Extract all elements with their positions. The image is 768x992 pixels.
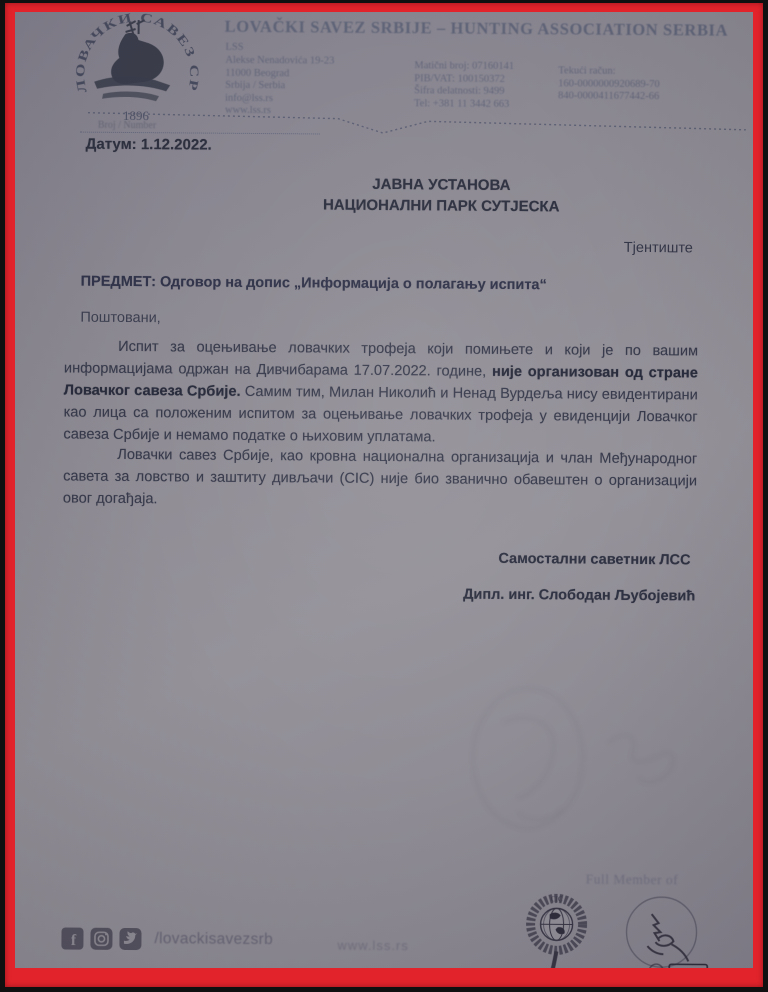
- letter-page: ЛОВАЧКИ САВЕЗ СРБИЈЕ 1896 LOVAČKI SAVEZ …: [15, 12, 753, 968]
- stamp-smudge: [422, 662, 723, 854]
- social-row: f /lovackisavezsrb: [61, 927, 273, 951]
- signature-title: Самостални саветник ЛСС: [444, 550, 744, 568]
- org-abbr: LSS: [225, 42, 243, 55]
- body-paragraph-2: Ловачки савез Србије, као кровна национа…: [63, 443, 697, 514]
- letterhead-account: Tekući račun: 160-0000000920689-70 840-0…: [558, 65, 748, 104]
- signature-name: Дипл. инг. Слободан Љубојевић: [414, 586, 744, 605]
- date-line: Датум: 1.12.2022.: [86, 136, 212, 154]
- svg-text:f: f: [71, 932, 77, 949]
- body-paragraph-1: Испит за оцењивање ловачких трофеја који…: [63, 335, 698, 450]
- recipient-place: Тјентиште: [391, 238, 693, 256]
- letter-content: ЛОВАЧКИ САВЕЗ СРБИЈЕ 1896 LOVAČKI SAVEZ …: [15, 12, 753, 968]
- salutation: Поштовани,: [80, 310, 161, 327]
- instagram-icon: [90, 928, 112, 950]
- scanned-letter-photo: { "header": { "org_title": "LOVAČKI SAVE…: [0, 0, 768, 992]
- recipient-line-2: НАЦИОНАЛНИ ПАРК СУТЈЕСКА: [121, 193, 753, 219]
- facebook-icon: f: [61, 927, 83, 949]
- svg-text:FACE: FACE: [672, 966, 705, 968]
- member-caption: Full Member of: [532, 871, 732, 889]
- social-handle: /lovackisavezsrb: [154, 930, 273, 949]
- svg-text:CIC: CIC: [551, 895, 563, 903]
- website-text: www.lss.rs: [337, 938, 409, 954]
- face-logo: FACE: [611, 894, 720, 968]
- org-title: LOVAČKI SAVEZ SRBIJE – HUNTING ASSOCIATI…: [225, 17, 745, 41]
- twitter-icon: [119, 928, 141, 950]
- ref-number-label: Broj / Number: [98, 120, 156, 131]
- subject-line: ПРЕДМЕТ: Одговор на допис „Информација о…: [81, 274, 721, 295]
- cic-logo: CIC: [519, 889, 594, 968]
- recipient-block: ЈАВНА УСТАНОВА НАЦИОНАЛНИ ПАРК СУТЈЕСКА: [121, 172, 753, 219]
